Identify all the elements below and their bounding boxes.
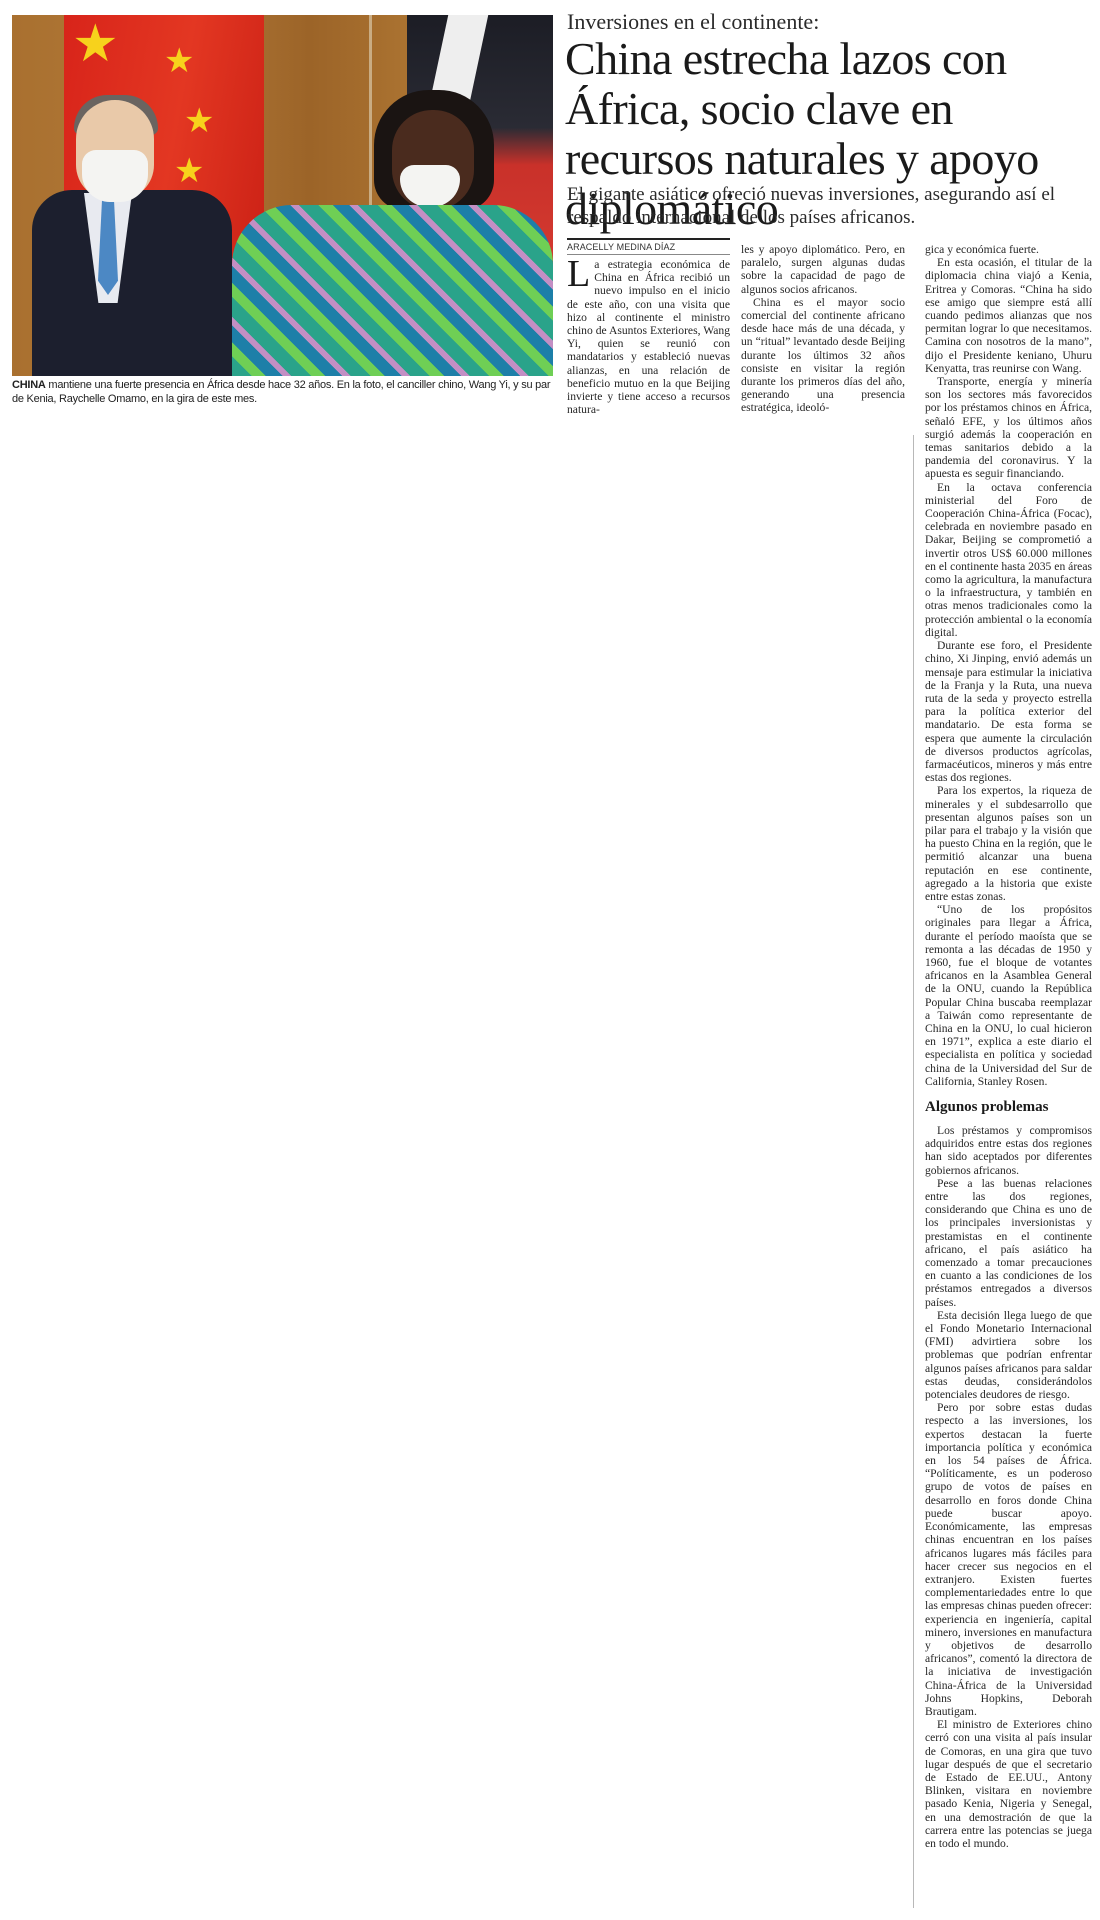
deck-subtitle: El gigante asiático ofreció nuevas inver… xyxy=(567,183,1097,229)
article-paragraph: Durante ese foro, el Presidente chino, X… xyxy=(925,639,1092,784)
person-wang-yi xyxy=(32,190,232,376)
article-paragraph: El ministro de Exteriores chino cerró co… xyxy=(925,1718,1092,1850)
article-paragraph: Los préstamos y compromisos adquiridos e… xyxy=(925,1124,1092,1177)
face-mask xyxy=(82,150,148,202)
article-paragraph: China es el mayor socio comercial del co… xyxy=(741,296,905,415)
article-paragraph: Para los expertos, la riqueza de mineral… xyxy=(925,784,1092,903)
byline-rule xyxy=(567,254,730,255)
person-omamo xyxy=(232,205,553,376)
flag-star-icon: ★ xyxy=(184,105,214,139)
article-column-2: les y apoyo diplomático. Pero, en parale… xyxy=(741,243,905,415)
kicker: Inversiones en el continente: xyxy=(567,9,819,35)
byline-rule xyxy=(567,238,730,240)
article-paragraph: les y apoyo diplomático. Pero, en parale… xyxy=(741,243,905,296)
article-paragraph: Pero por sobre estas dudas respecto a la… xyxy=(925,1401,1092,1718)
article-paragraph: Transporte, energía y minería son los se… xyxy=(925,375,1092,481)
column-divider xyxy=(913,435,914,1908)
article-paragraph: La estrategia económica de China en Áfri… xyxy=(567,258,730,416)
article-column-3: gica y económica fuerte. En esta ocasión… xyxy=(925,243,1092,1850)
article-paragraph: En la octava conferencia ministerial del… xyxy=(925,481,1092,639)
photo-caption: CHINA mantiene una fuerte presencia en Á… xyxy=(12,378,557,406)
byline: ARACELLY MEDINA DÍAZ xyxy=(567,242,675,252)
article-paragraph: gica y económica fuerte. xyxy=(925,243,1092,256)
drop-cap: L xyxy=(567,260,590,288)
news-photo: ★ ★ ★ ★ REUTERS xyxy=(12,15,553,376)
article-column-1: La estrategia económica de China en Áfri… xyxy=(567,258,730,416)
article-paragraph: Pese a las buenas relaciones entre las d… xyxy=(925,1177,1092,1309)
section-subhead: Algunos problemas xyxy=(925,1098,1092,1116)
article-paragraph: “Uno de los propósitos originales para l… xyxy=(925,903,1092,1088)
flag-star-icon: ★ xyxy=(174,155,204,189)
caption-lead: CHINA xyxy=(12,379,46,391)
flag-star-icon: ★ xyxy=(72,19,119,71)
flag-star-icon: ★ xyxy=(164,45,194,79)
caption-text: mantiene una fuerte presencia en África … xyxy=(12,379,550,405)
article-paragraph: En esta ocasión, el titular de la diplom… xyxy=(925,256,1092,375)
article-paragraph: Esta decisión llega luego de que el Fond… xyxy=(925,1309,1092,1401)
